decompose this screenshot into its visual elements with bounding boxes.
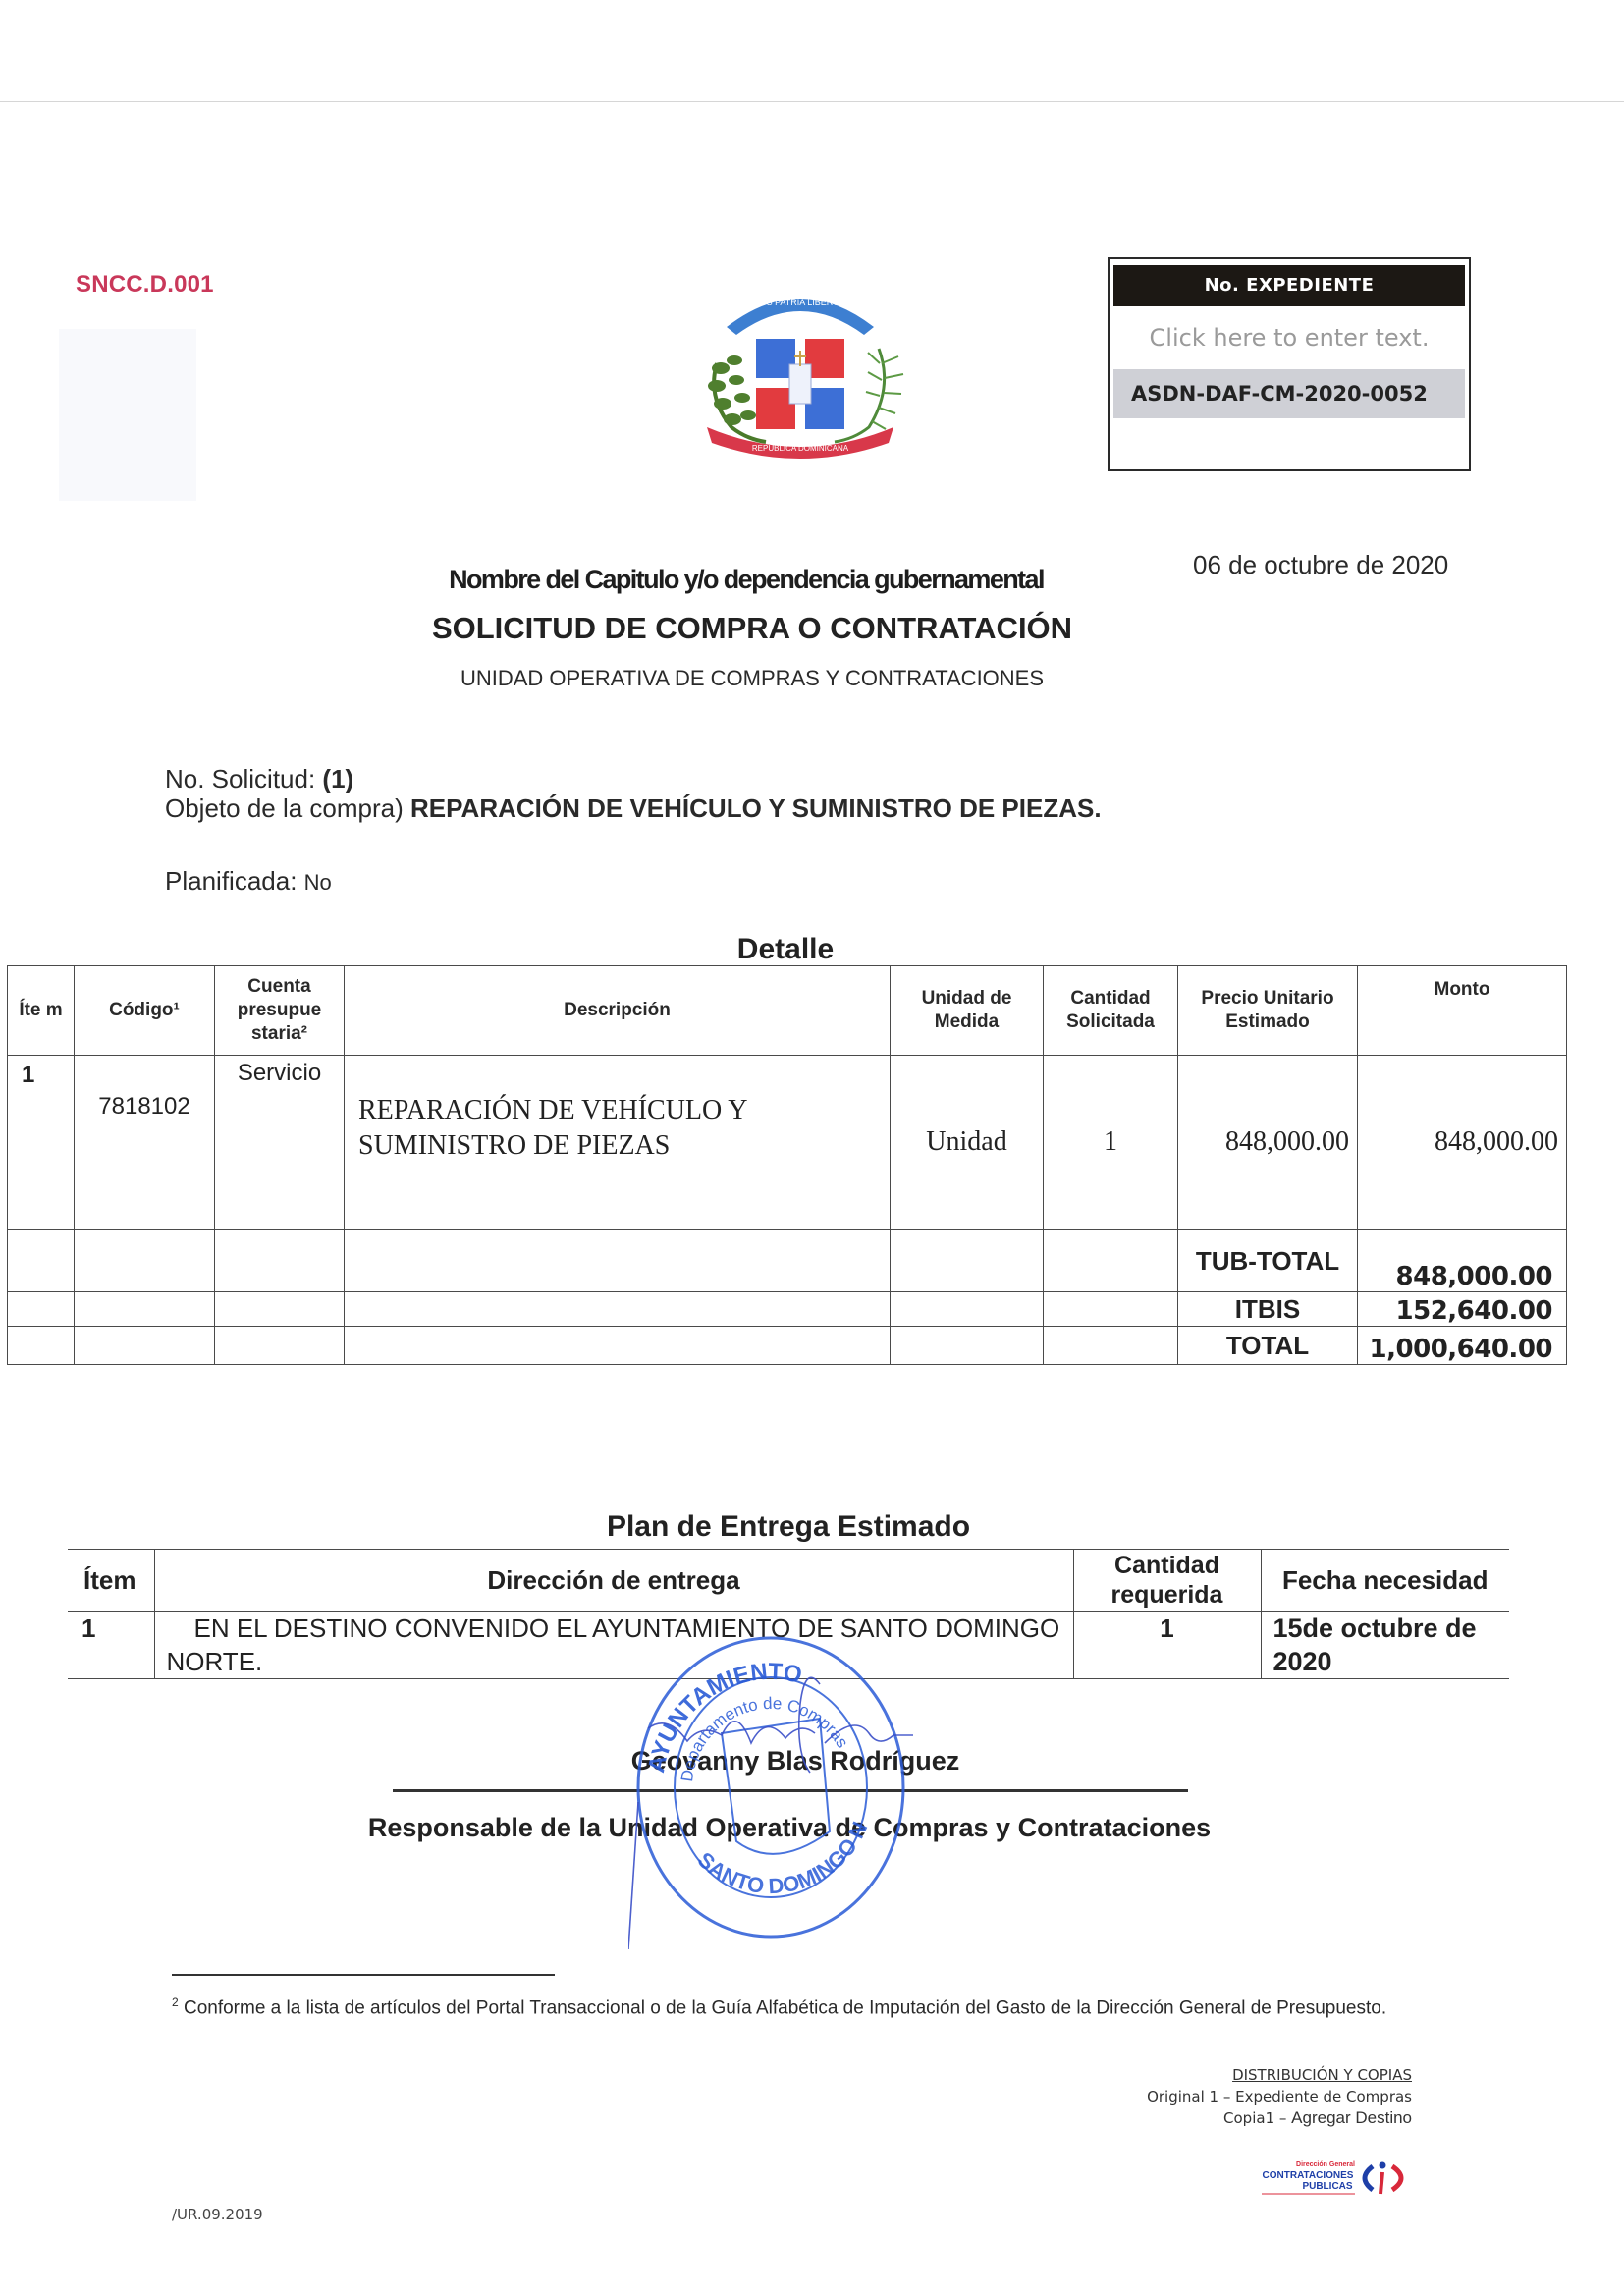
col-delivery-date: Fecha necesidad (1261, 1550, 1509, 1612)
request-number-label: No. Solicitud: (165, 764, 315, 793)
subtotal-value: 848,000.00 (1358, 1230, 1567, 1292)
contrataciones-publicas-logo-icon: Dirección General CONTRATACIONES PUBLICA… (1257, 2157, 1414, 2210)
dominican-republic-coat-of-arms-icon: DIOS PATRIA LIBERTAD REPUBLICA DOMINICAN… (687, 270, 913, 466)
cell-unit-price: 848,000.00 (1178, 1056, 1358, 1230)
expediente-box: No. EXPEDIENTE ASDN-DAF-CM-2020-0052 (1108, 257, 1471, 471)
total-row: TOTAL 1,000,640.00 (8, 1327, 1567, 1365)
cell-description: REPARACIÓN DE VEHÍCULO Y SUMINISTRO DE P… (345, 1056, 891, 1230)
delivery-header-row: Ítem Dirección de entrega Cantidad reque… (68, 1550, 1509, 1612)
col-delivery-address: Dirección de entrega (154, 1550, 1073, 1612)
tax-value: 152,640.00 (1358, 1292, 1567, 1327)
request-number: No. Solicitud: (1) (165, 764, 353, 794)
expediente-number[interactable]: ASDN-DAF-CM-2020-0052 (1113, 369, 1465, 418)
col-item: Íte m (8, 966, 75, 1056)
cell-code: 7818102 (75, 1056, 215, 1230)
planned-value: No (304, 870, 332, 895)
delivery-section-title: Plan de Entrega Estimado (0, 1510, 1577, 1544)
detail-table: Íte m Código¹ Cuenta presupue staria² De… (7, 965, 1567, 1365)
distribution-copy-destination: Agregar Destino (1291, 2108, 1412, 2127)
col-delivery-quantity: Cantidad requerida (1073, 1550, 1261, 1612)
planned-label: Planificada: (165, 866, 297, 896)
purchase-object-label: Objeto de la compra) (165, 793, 404, 823)
svg-text:Dirección General: Dirección General (1296, 2161, 1355, 2168)
cell-quantity: 1 (1044, 1056, 1178, 1230)
purchase-object-value: REPARACIÓN DE VEHÍCULO Y SUMINISTRO DE P… (410, 793, 1102, 823)
delivery-address: EN EL DESTINO CONVENIDO EL AYUNTAMIENTO … (154, 1612, 1073, 1679)
table-row: 1 7818102 Servicio REPARACIÓN DE VEHÍCUL… (8, 1056, 1567, 1230)
cell-amount: 848,000.00 (1358, 1056, 1567, 1230)
footnote-marker: 2 (172, 1995, 179, 2009)
form-revision: /UR.09.2019 (172, 2206, 263, 2223)
cell-item: 1 (8, 1056, 75, 1230)
dependency-name: Nombre del Capitulo y/o dependencia gube… (0, 565, 1492, 595)
distribution-heading: DISTRIBUCIÓN Y COPIAS (1147, 2064, 1412, 2086)
delivery-quantity: 1 (1073, 1612, 1261, 1679)
faded-scan-block (59, 329, 196, 501)
distribution-block: DISTRIBUCIÓN Y COPIAS Original 1 – Exped… (1147, 2064, 1412, 2129)
col-description: Descripción (345, 966, 891, 1056)
subtotal-row: TUB-TOTAL 848,000.00 (8, 1230, 1567, 1292)
republic-ribbon-text: REPUBLICA DOMINICANA (752, 444, 849, 453)
request-number-value: (1) (322, 764, 353, 793)
col-budget-account: Cuenta presupue staria² (215, 966, 345, 1056)
col-unit-price: Precio Unitario Estimado (1178, 966, 1358, 1056)
footnote: 2 Conforme a la lista de artículos del P… (172, 1988, 1419, 2023)
detail-header-row: Íte m Código¹ Cuenta presupue staria² De… (8, 966, 1567, 1056)
footnote-text: Conforme a la lista de artículos del Por… (184, 1997, 1386, 2018)
total-value: 1,000,640.00 (1358, 1327, 1567, 1365)
cell-unit: Unidad (891, 1056, 1044, 1230)
svg-text:CONTRATACIONES: CONTRATACIONES (1263, 2170, 1354, 2181)
svg-text:PUBLICAS: PUBLICAS (1302, 2181, 1352, 2192)
motto-text: DIOS PATRIA LIBERTAD (751, 298, 850, 307)
purchase-object: Objeto de la compra) REPARACIÓN DE VEHÍC… (165, 793, 1102, 824)
detail-section-title: Detalle (0, 933, 1571, 966)
distribution-original: Original 1 – Expediente de Compras (1147, 2086, 1412, 2107)
expediente-text-field[interactable] (1113, 308, 1465, 367)
col-quantity: Cantidad Solicitada (1044, 966, 1178, 1056)
page-title: SOLICITUD DE COMPRA O CONTRATACIÓN (0, 611, 1504, 646)
document-code: SNCC.D.001 (76, 271, 214, 299)
cell-budget-account: Servicio (215, 1056, 345, 1230)
footnote-divider (172, 1974, 555, 1976)
page-subtitle: UNIDAD OPERATIVA DE COMPRAS Y CONTRATACI… (0, 666, 1504, 691)
col-code: Código¹ (75, 966, 215, 1056)
subtotal-label: TUB-TOTAL (1178, 1230, 1358, 1292)
scan-edge-line (0, 101, 1624, 102)
delivery-date: 15de octubre de 2020 (1261, 1612, 1509, 1679)
planned-status: Planificada: No (165, 866, 332, 897)
tax-label: ITBIS (1178, 1292, 1358, 1327)
col-amount: Monto (1358, 966, 1567, 1056)
col-delivery-item: Ítem (68, 1550, 154, 1612)
expediente-label: No. EXPEDIENTE (1113, 265, 1465, 306)
delivery-item: 1 (68, 1612, 154, 1679)
distribution-copy: Copia1 – Agregar Destino (1147, 2107, 1412, 2129)
total-label: TOTAL (1178, 1327, 1358, 1365)
col-unit: Unidad de Medida (891, 966, 1044, 1056)
tax-row: ITBIS 152,640.00 (8, 1292, 1567, 1327)
official-stamp-icon: AYUNTAMIENTO Departamento de Compras SAN… (628, 1625, 913, 1949)
